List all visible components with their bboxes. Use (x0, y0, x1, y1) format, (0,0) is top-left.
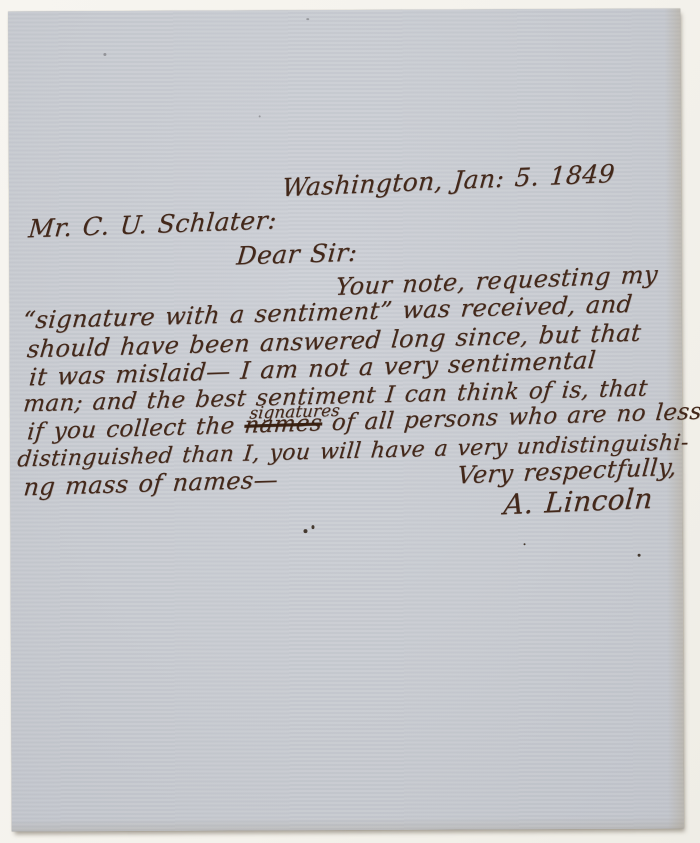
correction-block: signatures names (243, 410, 323, 438)
salutation-line: Dear Sir: (235, 238, 358, 271)
ink-speck (303, 529, 307, 533)
paper-speck (306, 18, 309, 20)
paper-speck (103, 53, 106, 56)
scan-background: Washington, Jan: 5. 1849 Mr. C. U. Schla… (0, 0, 700, 843)
dateline: Washington, Jan: 5. 1849 (281, 159, 616, 202)
body-line-6-pre: if you collect the (26, 413, 236, 445)
letter-paper: Washington, Jan: 5. 1849 Mr. C. U. Schla… (8, 9, 684, 832)
signature-line: A. Lincoln (502, 482, 654, 522)
ink-speck (638, 554, 641, 557)
ink-speck (311, 525, 314, 529)
recipient-line: Mr. C. U. Schlater: (27, 205, 278, 243)
inserted-word: signatures (249, 401, 341, 423)
paper-speck (259, 115, 261, 117)
ink-speck (524, 543, 526, 545)
